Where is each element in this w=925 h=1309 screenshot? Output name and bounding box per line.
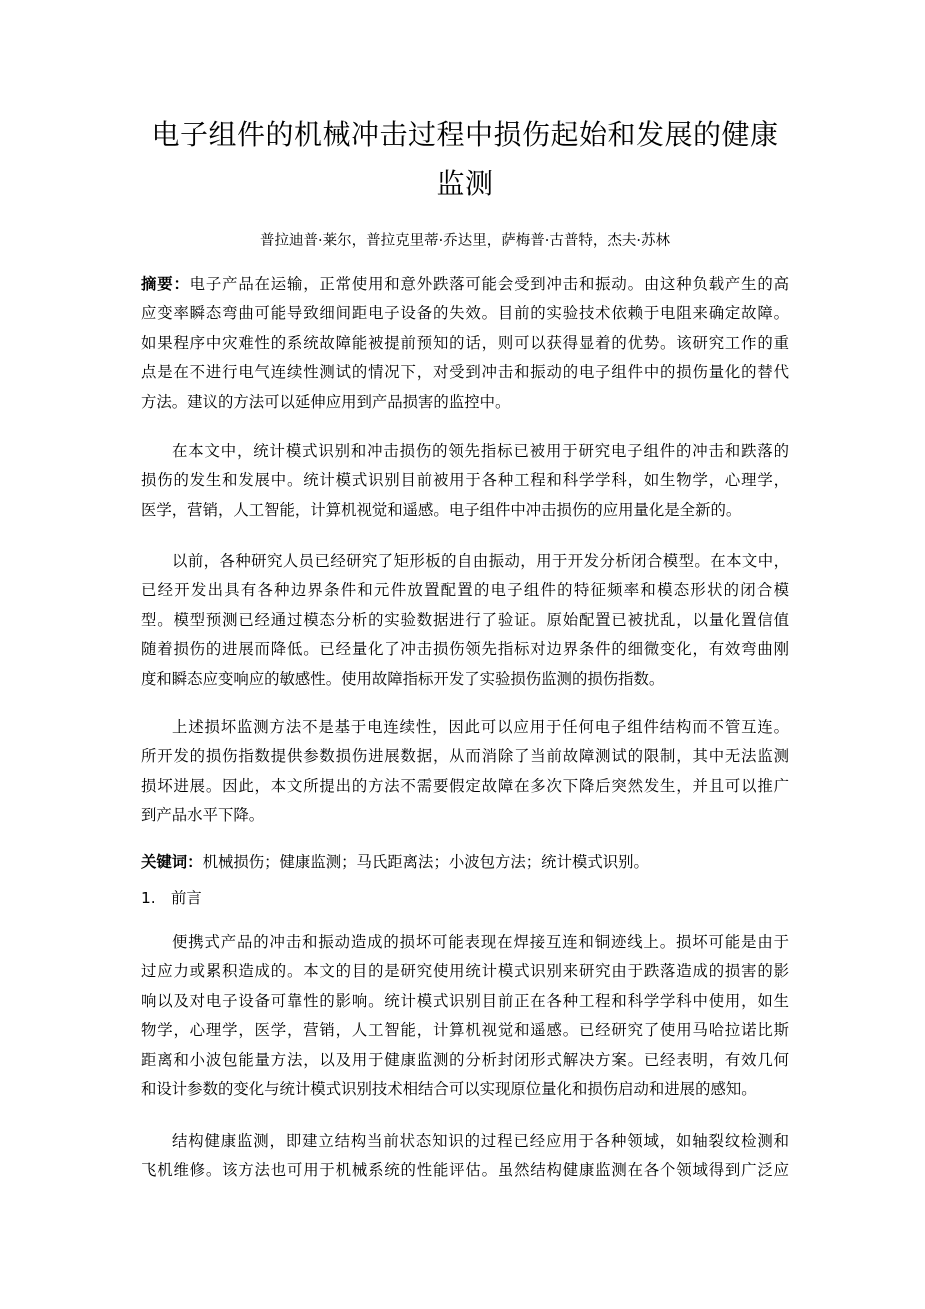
abstract-paragraph-2: 在本文中，统计模式识别和冲击损伤的领先指标已被用于研究电子组件的冲击和跌落的 损… (141, 437, 789, 525)
author-list: 普拉迪普·莱尔，普拉克里蒂·乔达里，萨梅普·古普特，杰夫·苏林 (141, 233, 789, 249)
abstract-paragraph-3: 以前，各种研究人员已经研究了矩形板的自由振动，用于开发分析闭合模型。在本文中， … (141, 547, 789, 694)
paragraph-line: 损坏进展。因此，本文所提出的方法不需要假定故障在多次下降后突然发生，并且可以推广 (141, 772, 789, 801)
paragraph-line: 以前，各种研究人员已经研究了矩形板的自由振动，用于开发分析闭合模型。在本文中， (141, 547, 789, 576)
paragraph-line: 到产品水平下降。 (141, 801, 789, 830)
paragraph-line: 所开发的损伤指数提供参数损伤进展数据，从而消除了当前故障测试的限制，其中无法监测 (141, 742, 789, 771)
paragraph-line: 结构健康监测，即建立结构当前状态知识的过程已经应用于各种领域，如轴裂纹检测和 (141, 1127, 789, 1156)
section-heading-introduction: 1.前言 (141, 886, 202, 910)
paragraph-line: 物学，心理学，医学，营销，人工智能，计算机视觉和遥感。已经研究了使用马哈拉诺比斯 (141, 1016, 789, 1045)
paragraph-line: 距离和小波包能量方法，以及用于健康监测的分析封闭形式解决方案。已经表明，有效几何 (141, 1046, 789, 1075)
paragraph-line: 已经开发出具有各种边界条件和元件放置配置的电子组件的特征频率和模态形状的闭合模 (141, 576, 789, 605)
abstract-paragraph-4: 上述损坏监测方法不是基于电连续性，因此可以应用于任何电子组件结构而不管互连。 所… (141, 713, 789, 831)
paragraph-line: 医学，营销，人工智能，计算机视觉和遥感。电子组件中冲击损伤的应用量化是全新的。 (141, 496, 789, 525)
abstract-label: 摘要： (141, 275, 190, 293)
paragraph-line: 损伤的发生和发展中。统计模式识别目前被用于各种工程和科学学科，如生物学，心理学， (141, 466, 789, 495)
keywords: 关键词：机械损伤；健康监测；马氏距离法；小波包方法；统计模式识别。 (141, 850, 649, 874)
introduction-paragraph-2: 结构健康监测，即建立结构当前状态知识的过程已经应用于各种领域，如轴裂纹检测和 飞… (141, 1127, 789, 1186)
paragraph-line: 度和瞬态应变响应的敏感性。使用故障指标开发了实验损伤监测的损伤指数。 (141, 665, 789, 694)
abstract-line: 如果程序中灾难性的系统故障能被提前预知的话，则可以获得显着的优势。该研究工作的重 (141, 329, 789, 358)
paragraph-line: 飞机维修。该方法也可用于机械系统的性能评估。虽然结构健康监测在各个领域得到广泛应 (141, 1156, 789, 1185)
paragraph-line: 上述损坏监测方法不是基于电连续性，因此可以应用于任何电子组件结构而不管互连。 (141, 713, 789, 742)
paper-title-line-2: 监测 (141, 170, 789, 198)
abstract-line: 点是在不进行电气连续性测试的情况下，对受到冲击和振动的电子组件中的损伤量化的替代 (141, 358, 789, 387)
paragraph-line: 便携式产品的冲击和振动造成的损坏可能表现在焊接互连和铜迹线上。损坏可能是由于 (141, 928, 789, 957)
abstract-line: 方法。建议的方法可以延伸应用到产品损害的监控中。 (141, 388, 789, 417)
abstract: 摘要：电子产品在运输，正常使用和意外跌落可能会受到冲击和振动。由这种负载产生的高… (141, 270, 789, 417)
paragraph-line: 随着损伤的进展而降低。已经量化了冲击损伤领先指标对边界条件的细微变化，有效弯曲刚 (141, 635, 789, 664)
paragraph-line: 和设计参数的变化与统计模式识别技术相结合可以实现原位量化和损伤启动和进展的感知。 (141, 1075, 789, 1104)
section-title: 前言 (171, 889, 202, 907)
abstract-line: 摘要：电子产品在运输，正常使用和意外跌落可能会受到冲击和振动。由这种负载产生的高 (141, 270, 789, 299)
abstract-line: 应变率瞬态弯曲可能导致细间距电子设备的失效。目前的实验技术依赖于电阻来确定故障。 (141, 299, 789, 328)
keywords-text: 机械损伤；健康监测；马氏距离法；小波包方法；统计模式识别。 (203, 853, 649, 871)
paper-title-line-1: 电子组件的机械冲击过程中损伤起始和发展的健康 (141, 121, 789, 149)
section-number: 1. (141, 886, 171, 910)
keywords-label: 关键词： (141, 853, 203, 871)
paragraph-line: 在本文中，统计模式识别和冲击损伤的领先指标已被用于研究电子组件的冲击和跌落的 (141, 437, 789, 466)
paragraph-line: 过应力或累积造成的。本文的目的是研究使用统计模式识别来研究由于跌落造成的损害的影 (141, 957, 789, 986)
paragraph-line: 型。模型预测已经通过模态分析的实验数据进行了验证。原始配置已被扰乱，以量化置信值 (141, 606, 789, 635)
paragraph-line: 响以及对电子设备可靠性的影响。统计模式识别目前正在各种工程和科学学科中使用，如生 (141, 987, 789, 1016)
introduction-paragraph-1: 便携式产品的冲击和振动造成的损坏可能表现在焊接互连和铜迹线上。损坏可能是由于 过… (141, 928, 789, 1104)
